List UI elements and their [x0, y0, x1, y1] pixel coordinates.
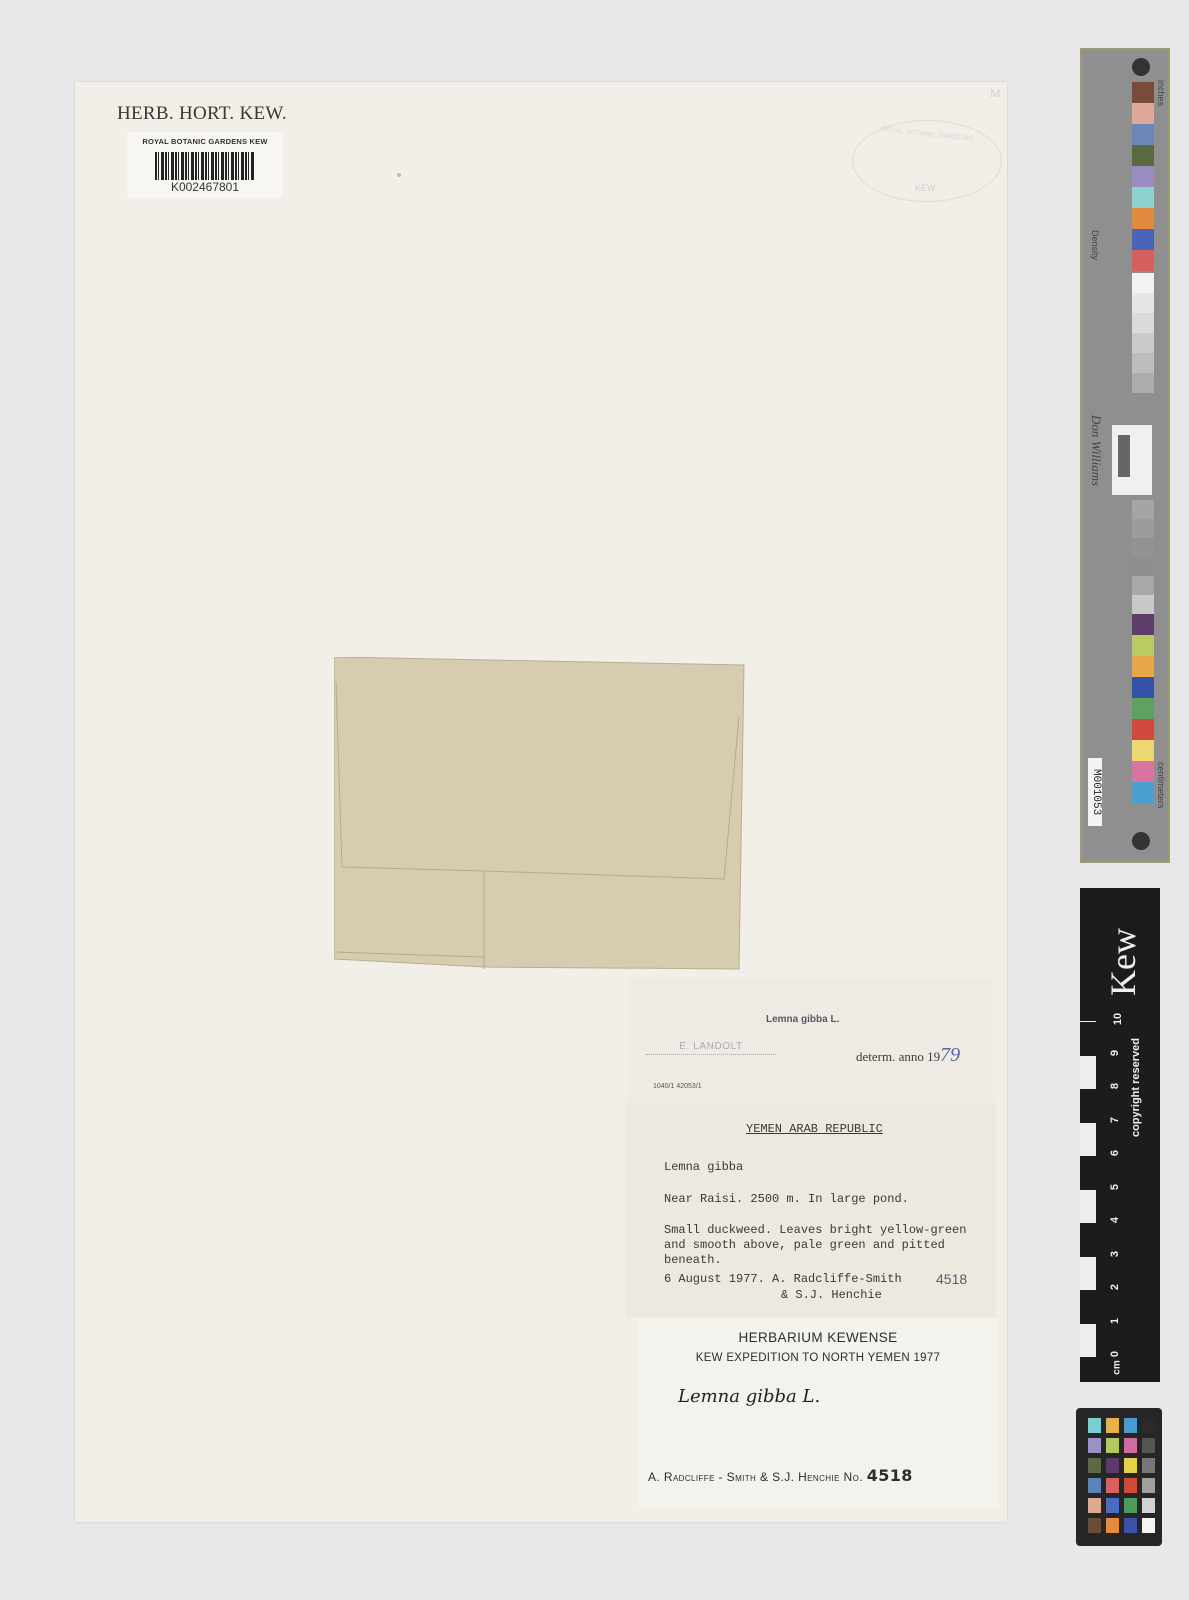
- barcode-number: K002467801: [127, 180, 283, 194]
- coll-country: YEMEN ARAB REPUBLIC: [746, 1122, 883, 1136]
- scale-number: 9: [1109, 1049, 1121, 1055]
- coll-description: Small duckweed. Leaves bright yellow-gre…: [664, 1223, 984, 1268]
- mini-swatch: [1106, 1518, 1119, 1533]
- color-patch: [1132, 208, 1154, 229]
- color-patch: [1132, 677, 1154, 698]
- color-patch: [1132, 103, 1154, 124]
- color-patch: [1132, 229, 1154, 250]
- color-patch: [1132, 353, 1154, 373]
- color-patch: [1132, 576, 1154, 595]
- mini-swatch: [1124, 1498, 1137, 1513]
- barcode-organization: ROYAL BOTANIC GARDENS KEW: [127, 137, 283, 146]
- scale-segment: [1080, 1222, 1096, 1257]
- scale-segment: [1080, 1021, 1096, 1056]
- color-patch: [1132, 166, 1154, 187]
- mini-swatch: [1088, 1478, 1101, 1493]
- color-patch: [1132, 82, 1154, 103]
- stamp-kew-text: KEW: [915, 183, 936, 193]
- scale-number: 5: [1109, 1183, 1121, 1189]
- det-species: Lemna gibba L.: [766, 1014, 839, 1025]
- det-year: 79: [940, 1044, 960, 1066]
- chart-brand: Don Williams: [1088, 415, 1104, 486]
- determination-label: Lemna gibba L. E. LANDOLT determ. anno 1…: [628, 979, 993, 1101]
- mini-swatch: [1142, 1418, 1155, 1433]
- scale-number: 10: [1112, 1013, 1124, 1025]
- scale-segment: [1080, 1289, 1096, 1324]
- scale-segment: [1080, 1256, 1096, 1291]
- scale-segment: [1080, 1189, 1096, 1224]
- herbarium-header: HERB. HORT. KEW.: [117, 103, 287, 125]
- det-anno: determ. anno 1979: [856, 1044, 960, 1067]
- barcode-icon: [155, 152, 255, 180]
- scale-number: 0: [1109, 1351, 1121, 1357]
- color-patch: [1132, 698, 1154, 719]
- kew-label-collectors: A. Radcliffe - Smith & S.J. Henchie No. …: [648, 1466, 913, 1485]
- scale-segment: [1080, 1155, 1096, 1190]
- chart-hole-bottom: [1132, 832, 1150, 850]
- mini-swatch: [1088, 1518, 1101, 1533]
- color-patch: [1132, 557, 1154, 576]
- scale-segment: [1080, 1088, 1096, 1123]
- mini-swatch: [1142, 1458, 1155, 1473]
- kew-label-title: HERBARIUM KEWENSE: [638, 1330, 998, 1345]
- mini-swatch: [1088, 1418, 1101, 1433]
- mini-swatch: [1124, 1518, 1137, 1533]
- kew-stamp: ROYAL BOTANIC GARDENS KEW: [852, 120, 1002, 202]
- color-patch: [1132, 614, 1154, 635]
- kew-logo: Kew: [1102, 928, 1144, 996]
- scale-number: 7: [1109, 1116, 1121, 1122]
- mini-swatch: [1142, 1478, 1155, 1493]
- scale-segment: [1080, 1055, 1096, 1090]
- kew-label-collectors-text: A. Radcliffe - Smith & S.J. Henchie No.: [648, 1470, 863, 1484]
- coll-date-collector: 6 August 1977. A. Radcliffe-Smith: [664, 1272, 902, 1286]
- scale-number: 8: [1109, 1083, 1121, 1089]
- color-patch: [1132, 538, 1154, 557]
- chart-density-label: Density: [1090, 230, 1100, 260]
- scale-number: 3: [1109, 1250, 1121, 1256]
- scale-number: 2: [1109, 1284, 1121, 1290]
- color-patch: [1132, 635, 1154, 656]
- color-patch: [1132, 124, 1154, 145]
- mini-swatch: [1106, 1438, 1119, 1453]
- scale-number: 4: [1109, 1217, 1121, 1223]
- specimen-envelope: [334, 657, 754, 977]
- mini-swatch: [1088, 1458, 1101, 1473]
- mini-swatch: [1106, 1458, 1119, 1473]
- kew-copyright: copyright reserved: [1130, 1038, 1142, 1137]
- coll-locality: Near Raisi. 2500 m. In large pond.: [664, 1192, 909, 1206]
- chart-insert-block: [1118, 435, 1130, 477]
- det-determiner: E. LANDOLT: [646, 1041, 776, 1055]
- color-patch: [1132, 273, 1154, 293]
- mini-swatch: [1088, 1498, 1101, 1513]
- chart-code: M001053: [1088, 758, 1102, 826]
- mini-swatch: [1124, 1438, 1137, 1453]
- color-patch: [1132, 740, 1154, 761]
- det-reference-numbers: 1040/1 42053/1: [653, 1083, 702, 1090]
- coll-species: Lemna gibba: [664, 1160, 743, 1174]
- color-patch: [1132, 313, 1154, 333]
- mini-swatch: [1124, 1458, 1137, 1473]
- kew-label-subtitle: KEW EXPEDITION TO NORTH YEMEN 1977: [638, 1352, 998, 1364]
- herbarium-kewense-label: HERBARIUM KEWENSE KEW EXPEDITION TO NORT…: [638, 1318, 998, 1508]
- mini-swatch: [1088, 1438, 1101, 1453]
- mini-swatch: [1142, 1518, 1155, 1533]
- mini-swatch: [1106, 1498, 1119, 1513]
- color-patch: [1132, 293, 1154, 313]
- color-patch: [1132, 145, 1154, 166]
- mini-swatch: [1106, 1418, 1119, 1433]
- coll-number: 4518: [936, 1271, 967, 1287]
- color-patch: [1132, 656, 1154, 677]
- color-patch: [1132, 250, 1154, 271]
- sheet-mark: [397, 173, 401, 177]
- color-patch: [1132, 782, 1154, 803]
- chart-units-top: inches: [1156, 80, 1166, 106]
- kew-label-collector-number: 4518: [867, 1466, 913, 1485]
- mini-swatch: [1124, 1478, 1137, 1493]
- collection-label: YEMEN ARAB REPUBLIC Lemna gibba Near Rai…: [626, 1102, 996, 1317]
- kew-scale-bar: Kew copyright reserved 012345678910 cm: [1080, 888, 1160, 1382]
- scale-segment: [1080, 1323, 1096, 1358]
- color-patch: [1132, 519, 1154, 538]
- stamp-arc-text: ROYAL BOTANIC GARDENS: [881, 126, 973, 143]
- color-patch: [1132, 595, 1154, 614]
- color-patch: [1132, 333, 1154, 353]
- color-patch: [1132, 187, 1154, 208]
- scale-number: 6: [1109, 1150, 1121, 1156]
- chart-hole-top: [1132, 58, 1150, 76]
- mini-swatch: [1142, 1498, 1155, 1513]
- chart-units-bottom: centimeters: [1156, 762, 1166, 809]
- kew-label-handwritten-name: Lemna gibba L.: [678, 1386, 820, 1407]
- coll-co-collector: & S.J. Henchie: [781, 1288, 882, 1302]
- scale-number: 1: [1109, 1317, 1121, 1323]
- scale-segment: [1080, 1122, 1096, 1157]
- scale-unit: cm: [1112, 1360, 1123, 1374]
- color-patch: [1132, 719, 1154, 740]
- color-patch: [1132, 500, 1154, 519]
- barcode-label: ROYAL BOTANIC GARDENS KEW K002467801: [127, 132, 283, 198]
- mini-swatch: [1106, 1478, 1119, 1493]
- mini-swatch: [1142, 1438, 1155, 1453]
- color-patch: [1132, 761, 1154, 782]
- corner-mark: M: [990, 86, 1001, 101]
- chart-insert: [1112, 425, 1152, 495]
- color-patch: [1132, 373, 1154, 393]
- mini-swatch: [1124, 1418, 1137, 1433]
- color-calibration-chart: inches centimeters Density Don Williams …: [1080, 48, 1170, 863]
- det-anno-prefix: determ. anno 19: [856, 1049, 940, 1064]
- mini-color-chart: [1076, 1408, 1162, 1546]
